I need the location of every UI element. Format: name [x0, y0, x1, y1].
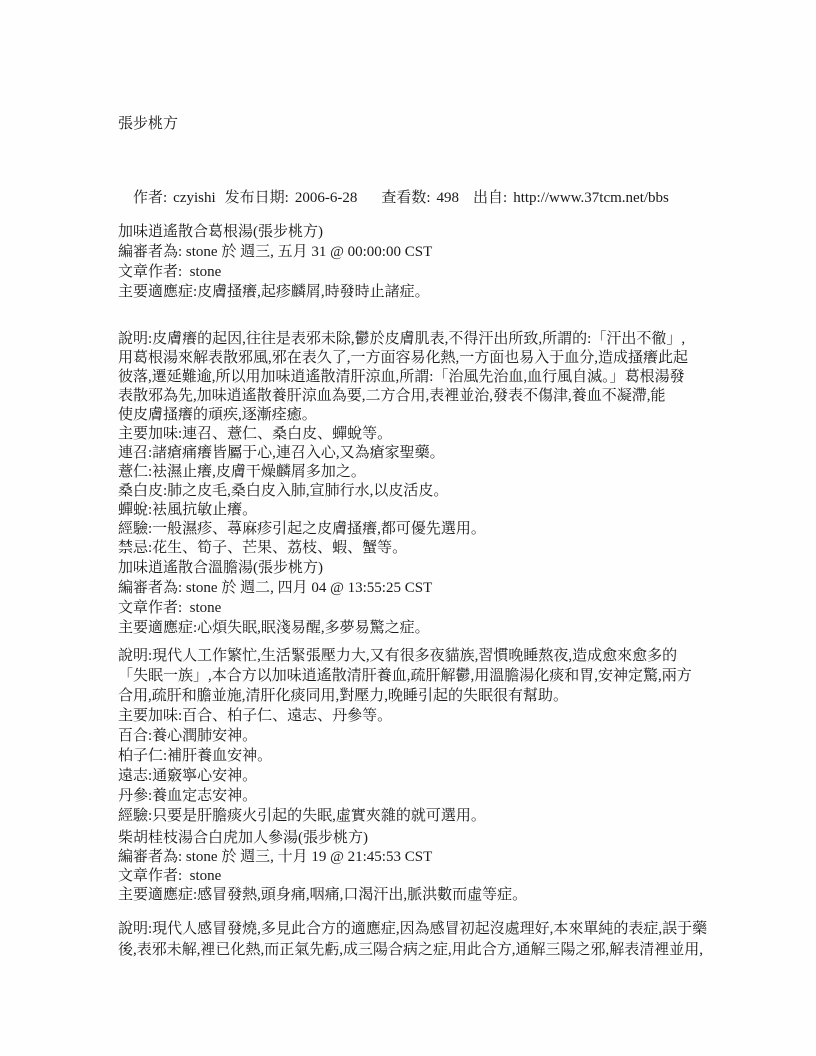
source-label: 出自:	[473, 190, 507, 206]
formula-heading: 加味逍遙散合溫膽湯(張步桃方)	[118, 558, 726, 578]
publish-date-value: 2006-6-28	[295, 190, 358, 206]
body-line: 薏仁:袪濕止癢,皮膚干燥麟屑多加之。	[118, 463, 726, 482]
view-count-label: 查看数:	[381, 190, 430, 206]
body-line: 後,表邪未解,裡已化熱,而正氣先虧,成三陽合病之症,用此合方,通解三陽之邪,解表…	[118, 940, 726, 961]
body-line: 說明:現代人感冒發燒,多見此合方的適應症,因為感冒初起沒處理好,本來單純的表症,…	[118, 919, 726, 940]
publish-date-label: 发布日期:	[225, 190, 289, 206]
author-value: czyishi	[173, 190, 216, 206]
body-line: 說明:皮膚癢的起因,往往是表邪未除,鬱於皮膚肌表,不得汗出所致,所謂的:「汗出不…	[118, 330, 726, 349]
indications-line: 主要適應症:心煩失眠,眠淺易醒,多夢易驚之症。	[118, 618, 726, 638]
post-meta: 作者:czyishi发布日期:2006-6-28查看数:498出自:http:/…	[118, 168, 726, 228]
formula-heading: 柴胡桂枝湯合白虎加人參湯(張步桃方)	[118, 829, 726, 848]
source-url: http://www.37tcm.net/bbs	[513, 190, 669, 206]
body-line: 彼落,遷延難逾,所以用加味逍遙散清肝涼血,所謂:「治風先治血,血行風自滅。」葛根…	[118, 368, 726, 387]
body-line: 「失眠一族」,本合方以加味逍遙散清肝養血,疏肝解鬱,用溫膽湯化痰和胃,安神定驚,…	[118, 666, 726, 686]
formula-1-header: 加味逍遙散合葛根湯(張步桃方) 編審者為: stone 於 週三, 五月 31 …	[118, 222, 726, 302]
indications-line: 主要適應症:感冒發熱,頭身痛,咽痛,口渴汗出,脈洪數而虛等症。	[118, 886, 726, 905]
formula-2-body: 說明:現代人工作繁忙,生活緊張壓力大,又有很多夜貓族,習慣晚睡熬夜,造成愈來愈多…	[118, 646, 726, 826]
formula-3-body: 說明:現代人感冒發燒,多見此合方的適應症,因為感冒初起沒處理好,本來單純的表症,…	[118, 919, 726, 961]
view-count-meta: 查看数:498	[381, 188, 459, 208]
body-line: 表散邪為先,加味逍遙散養肝涼血為要,二方合用,表裡並治,發表不傷津,養血不凝滯,…	[118, 387, 726, 406]
body-line: 百合:養心潤肺安神。	[118, 726, 726, 746]
body-line: 連召:諸瘡痛癢皆屬于心,連召入心,又為瘡家聖藥。	[118, 444, 726, 463]
formula-2-header: 加味逍遙散合溫膽湯(張步桃方) 編審者為: stone 於 週二, 四月 04 …	[118, 558, 726, 638]
body-line: 用葛根湯來解表散邪風,邪在表久了,一方面容易化熱,一方面也易入于血分,造成搔癢此…	[118, 349, 726, 368]
body-line: 遠志:通竅寧心安神。	[118, 766, 726, 786]
body-line: 柏子仁:補肝養血安神。	[118, 746, 726, 766]
author-meta: 作者:czyishi	[133, 188, 216, 208]
formula-3-header: 柴胡桂枝湯合白虎加人參湯(張步桃方) 編審者為: stone 於 週三, 十月 …	[118, 829, 726, 905]
body-line: 丹參:養血定志安神。	[118, 786, 726, 806]
view-count-value: 498	[437, 190, 460, 206]
publish-date-meta: 发布日期:2006-6-28	[225, 188, 358, 208]
body-line: 經驗:只要是肝膽痰火引起的失眠,虛實夾雜的就可選用。	[118, 806, 726, 826]
source-meta: 出自:http://www.37tcm.net/bbs	[473, 188, 669, 208]
body-line: 合用,疏肝和膽並施,清肝化痰同用,對壓力,晚睡引起的失眠很有幫助。	[118, 686, 726, 706]
formula-heading: 加味逍遙散合葛根湯(張步桃方)	[118, 222, 726, 242]
article-author-line: 文章作者: stone	[118, 598, 726, 618]
editor-line: 編審者為: stone 於 週三, 五月 31 @ 00:00:00 CST	[118, 242, 726, 262]
body-line: 主要加味:連召、薏仁、桑白皮、蟬蛻等。	[118, 425, 726, 444]
body-line: 主要加味:百合、柏子仁、遠志、丹參等。	[118, 706, 726, 726]
body-line: 桑白皮:肺之皮毛,桑白皮入肺,宣肺行水,以皮活皮。	[118, 482, 726, 501]
body-line: 使皮膚搔癢的頑疾,逐漸痊癒。	[118, 406, 726, 425]
editor-line: 編審者為: stone 於 週三, 十月 19 @ 21:45:53 CST	[118, 848, 726, 867]
editor-line: 編審者為: stone 於 週二, 四月 04 @ 13:55:25 CST	[118, 578, 726, 598]
body-line: 經驗:一般濕疹、蕁麻疹引起之皮膚搔癢,都可優先選用。	[118, 520, 726, 539]
article-author-line: 文章作者: stone	[118, 867, 726, 886]
indications-line: 主要適應症:皮膚搔癢,起疹麟屑,時發時止諸症。	[118, 282, 726, 302]
author-label: 作者:	[133, 190, 167, 206]
article-author-line: 文章作者: stone	[118, 262, 726, 282]
body-line: 說明:現代人工作繁忙,生活緊張壓力大,又有很多夜貓族,習慣晚睡熬夜,造成愈來愈多…	[118, 646, 726, 666]
page-title: 張步桃方	[118, 114, 726, 134]
document-page: 張步桃方 作者:czyishi发布日期:2006-6-28查看数:498出自:h…	[0, 0, 816, 1056]
body-line: 禁忌:花生、筍子、芒果、荔枝、蝦、蟹等。	[118, 539, 726, 558]
formula-1-body: 說明:皮膚癢的起因,往往是表邪未除,鬱於皮膚肌表,不得汗出所致,所謂的:「汗出不…	[118, 330, 726, 558]
body-line: 蟬蛻:袪風抗敏止癢。	[118, 501, 726, 520]
